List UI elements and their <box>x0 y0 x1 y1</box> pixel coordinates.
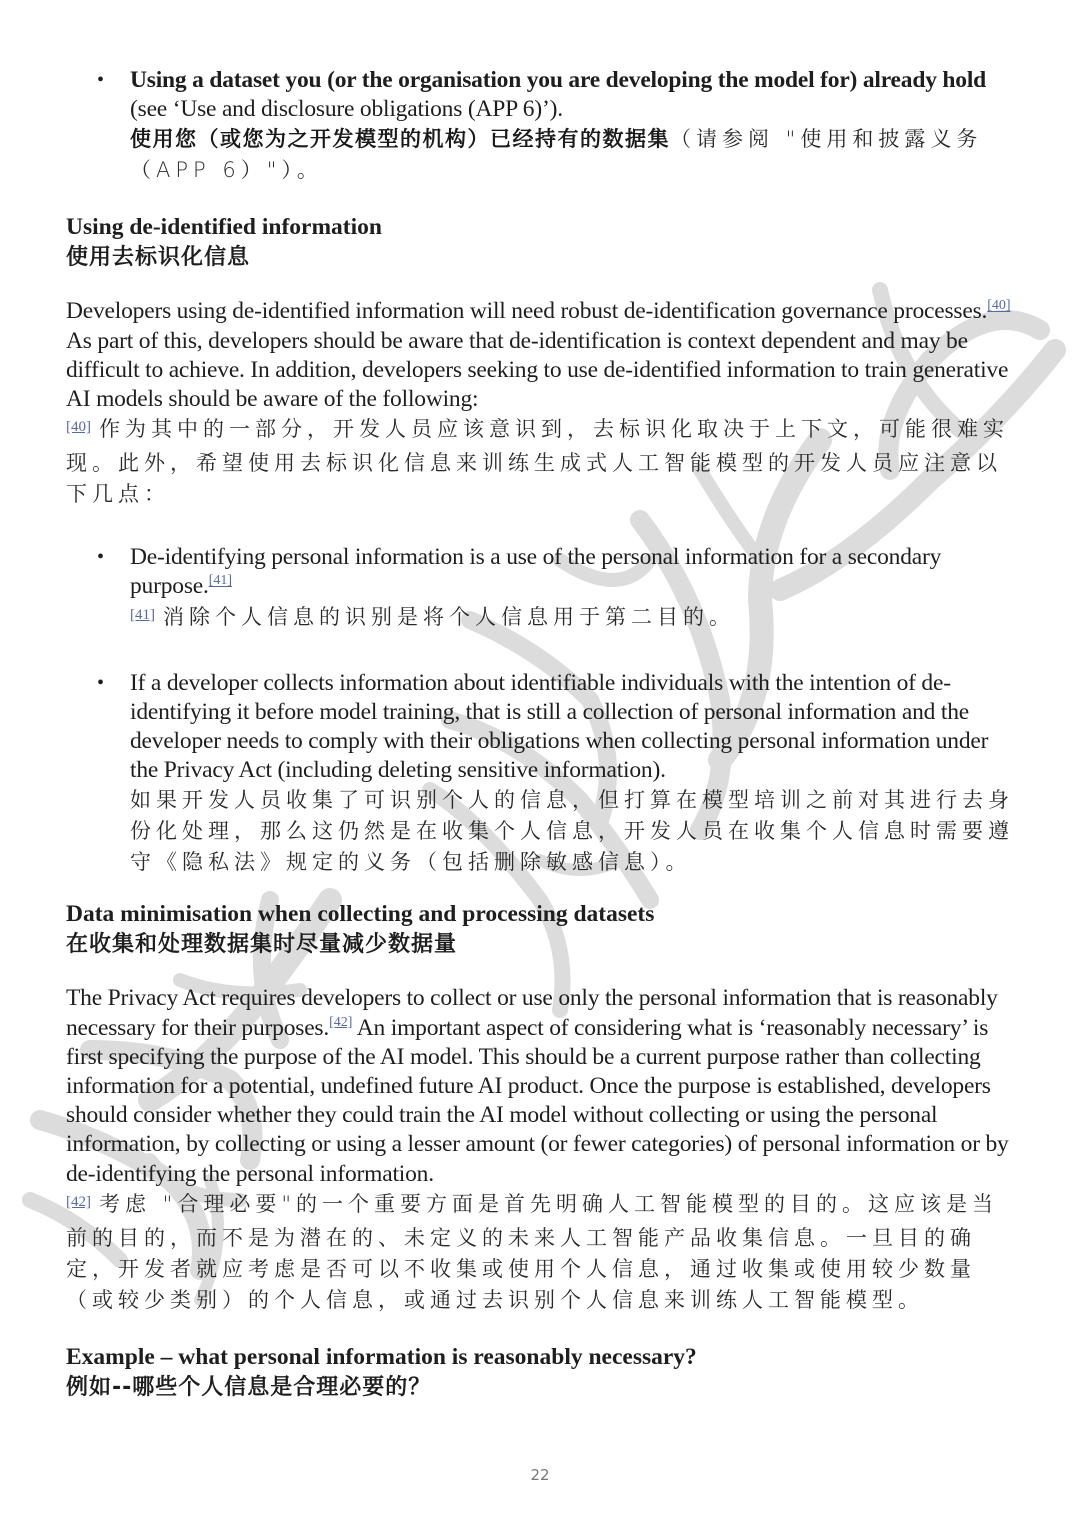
paragraph-text: Developers using de-identified informati… <box>66 298 987 324</box>
paragraph-text: As part of this, developers should be aw… <box>66 328 1008 412</box>
heading-minimisation-en: Data minimisation when collecting and pr… <box>66 900 1016 929</box>
footnote-link-41[interactable]: [41] <box>209 574 232 589</box>
footnote-link-42[interactable]: [42] <box>329 1015 352 1030</box>
bullet-zh-text: 如果开发人员收集了可识别个人的信息，但打算在模型培训之前对其进行去身份化处理，那… <box>130 785 1016 878</box>
paragraph-deidentified-en: Developers using de-identified informati… <box>66 297 1016 414</box>
bullet-dot: • <box>97 66 104 95</box>
document-page: • Using a dataset you (or the organisati… <box>0 0 1080 1527</box>
bullet-en-text: De-identifying personal information is a… <box>130 543 1016 601</box>
bullet-en-text: If a developer collects information abou… <box>130 669 1016 786</box>
footnote-link-42-zh[interactable]: [42] <box>66 1194 91 1210</box>
page-content: • Using a dataset you (or the organisati… <box>66 66 1016 1403</box>
bullet-dot: • <box>97 669 104 698</box>
footnote-link-41-zh[interactable]: [41] <box>130 607 155 623</box>
heading-deidentified-zh: 使用去标识化信息 <box>66 242 1016 273</box>
bullet-en-text: Using a dataset you (or the organisation… <box>130 66 1016 124</box>
bullet-dot: • <box>97 543 104 572</box>
heading-deidentified-en: Using de-identified information <box>66 213 1016 242</box>
heading-minimisation-zh: 在收集和处理数据集时尽量减少数据量 <box>66 929 1016 960</box>
bullet-zh: 消除个人信息的识别是将个人信息用于第二目的。 <box>163 605 735 629</box>
paragraph-zh-text: 作为其中的一部分，开发人员应该意识到，去标识化取决于上下文，可能很难实现。此外，… <box>66 417 1009 506</box>
bullet-secondary-purpose: • De-identifying personal information is… <box>66 543 1016 635</box>
bullet-zh-text: [41]消除个人信息的识别是将个人信息用于第二目的。 <box>130 602 1016 636</box>
footnote-link-40-zh[interactable]: [40] <box>66 419 91 435</box>
bullet-bold-text: Using a dataset you (or the organisation… <box>130 67 986 93</box>
bullet-existing-dataset: • Using a dataset you (or the organisati… <box>66 66 1016 186</box>
bullet-collection-intention: • If a developer collects information ab… <box>66 669 1016 879</box>
footnote-link-40[interactable]: [40] <box>987 299 1010 314</box>
bullet-zh-text: 使用您（或您为之开发模型的机构）已经持有的数据集（请参阅 "使用和披露义务（AP… <box>130 124 1016 186</box>
paragraph-minimisation-zh: [42]考虑 "合理必要"的一个重要方面是首先明确人工智能模型的目的。这应该是当… <box>66 1189 1016 1316</box>
page-number: 22 <box>0 1466 1080 1484</box>
bullet-text: De-identifying personal information is a… <box>130 544 941 599</box>
bullet-rest-text: (see ‘Use and disclosure obligations (AP… <box>130 96 563 122</box>
paragraph-zh-text: 考虑 "合理必要"的一个重要方面是首先明确人工智能模型的目的。这应该是当前的目的… <box>66 1192 998 1312</box>
heading-example-zh: 例如--哪些个人信息是合理必要的？ <box>66 1372 1016 1403</box>
bullet-zh-bold: 使用您（或您为之开发模型的机构）已经持有的数据集 <box>130 127 670 151</box>
paragraph-deidentified-zh: [40]作为其中的一部分，开发人员应该意识到，去标识化取决于上下文，可能很难实现… <box>66 414 1016 510</box>
paragraph-minimisation-en: The Privacy Act requires developers to c… <box>66 984 1016 1188</box>
heading-example-en: Example – what personal information is r… <box>66 1343 1016 1372</box>
